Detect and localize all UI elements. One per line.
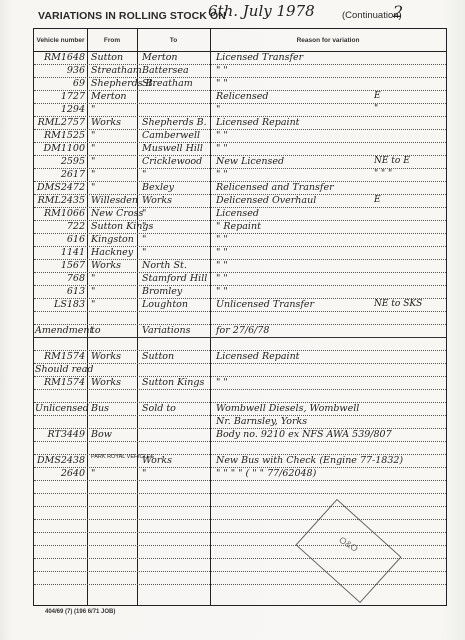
to-cell: "	[139, 233, 214, 246]
table-row: 936StreathamBattersea" "	[34, 64, 446, 78]
table-row: DMS2438PARK ROYAL VEHICLESWorksNew Bus w…	[34, 454, 446, 468]
reason-cell: " "	[212, 129, 446, 142]
from-cell: Willesden	[89, 194, 140, 207]
to-cell: "	[139, 467, 214, 480]
reason-cell	[212, 480, 446, 493]
table-row	[34, 480, 446, 494]
reason-cell: Licensed	[212, 207, 446, 220]
from-cell: Works	[89, 116, 140, 129]
table-row: LS183"LoughtonUnlicensed TransferNE to S…	[34, 298, 446, 312]
stamp-text: O&O	[337, 535, 359, 554]
table-row: 1727MertonRelicensedE	[34, 90, 446, 104]
reason-cell: Relicensed	[212, 90, 446, 103]
from-cell	[89, 571, 140, 584]
table-row: RM1574WorksSuttonLicensed Repaint	[34, 350, 446, 364]
to-cell: Works	[139, 194, 214, 207]
vehicle-number-cell: 616	[35, 233, 87, 246]
from-cell	[89, 532, 140, 545]
vehicle-number-cell: 1294	[35, 103, 87, 116]
from-cell	[89, 558, 140, 571]
table-row: 722Sutton Kings"" Repaint	[34, 220, 446, 234]
to-cell: Loughton	[139, 298, 214, 311]
table-row	[34, 441, 446, 455]
reason-cell: for 27/6/78	[212, 324, 446, 337]
from-cell: "	[89, 155, 140, 168]
to-cell: "	[139, 207, 214, 220]
reason-cell: New Bus with Check (Engine 77-1832)	[212, 454, 446, 467]
vehicle-number-cell	[35, 545, 87, 558]
reason-cell	[212, 441, 446, 454]
table-row: 616Kingston"" "	[34, 233, 446, 247]
to-cell: Bexley	[139, 181, 214, 194]
to-cell	[139, 103, 214, 116]
vehicle-number-cell: 768	[35, 272, 87, 285]
from-cell	[89, 441, 140, 454]
to-cell	[139, 519, 214, 532]
table-row: DMS2472"BexleyRelicensed and Transfer	[34, 181, 446, 195]
table-row: 1294"""	[34, 103, 446, 117]
to-cell	[139, 480, 214, 493]
vehicle-number-cell: Amendment	[35, 324, 87, 337]
vehicle-number-cell: RM1066	[35, 207, 87, 220]
vehicle-number-cell	[35, 571, 87, 584]
vehicle-number-cell	[35, 415, 87, 428]
from-cell: Streatham	[89, 64, 140, 77]
document-page: VARIATIONS IN ROLLING STOCK ON 6th. July…	[0, 0, 465, 640]
reason-cell: " " " " ( " " 77/62048)	[212, 467, 446, 480]
table-row: RM1525"Camberwell" "	[34, 129, 446, 143]
to-cell	[139, 311, 214, 324]
from-cell: "	[89, 272, 140, 285]
to-cell: Camberwell	[139, 129, 214, 142]
to-cell: Variations	[139, 324, 214, 337]
form-code: 404/69 (7) (196 6/71 JOB)	[45, 609, 115, 615]
table-row: 69Shepherds B.Streatham" "	[34, 77, 446, 91]
reason-cell: " "	[212, 64, 446, 77]
to-cell: "	[139, 246, 214, 259]
table-row: RM1066New Cross"Licensed	[34, 207, 446, 221]
table-row: 613"Bromley" "	[34, 285, 446, 299]
to-cell	[139, 337, 214, 350]
vehicle-number-cell: DMS2438	[35, 454, 87, 467]
to-cell	[139, 571, 214, 584]
from-cell	[89, 311, 140, 324]
to-cell	[139, 493, 214, 506]
to-cell: Stamford Hill	[139, 272, 214, 285]
reason-cell: " "	[212, 285, 446, 298]
vehicle-number-cell	[35, 311, 87, 324]
to-cell	[139, 389, 214, 402]
reason-cell: "	[212, 103, 446, 116]
vehicle-number-cell: 722	[35, 220, 87, 233]
from-cell: Sutton Kings	[89, 220, 140, 233]
garage-code-note: E	[374, 194, 381, 207]
reason-cell: " "	[212, 77, 446, 90]
reason-cell: Licensed Repaint	[212, 350, 446, 363]
to-cell: Sold to	[139, 402, 214, 415]
to-cell	[139, 532, 214, 545]
from-cell	[89, 545, 140, 558]
vehicle-number-cell: Should read	[35, 363, 87, 376]
from-cell: Works	[89, 259, 140, 272]
table-row: RM1648SuttonMertonLicensed Transfer	[34, 51, 446, 65]
to-cell: Bromley	[139, 285, 214, 298]
table-row: 2617""" "" " "	[34, 168, 446, 182]
vehicle-number-cell: 1141	[35, 246, 87, 259]
vehicle-number-cell: 936	[35, 64, 87, 77]
vehicle-number-cell: Unlicensed	[35, 402, 87, 415]
variations-table: Vehicle number From To Reason for variat…	[33, 28, 447, 606]
from-cell: "	[89, 285, 140, 298]
table-row: RT3449BowBody no. 9210 ex NFS AWA 539/80…	[34, 428, 446, 442]
from-cell: Works	[89, 376, 140, 389]
garage-code-note: E	[374, 90, 381, 103]
to-cell: Streatham	[139, 77, 214, 90]
table-row	[34, 506, 446, 520]
header-vehicle-number: Vehicle number	[34, 29, 87, 51]
reason-cell: " "	[212, 142, 446, 155]
from-cell	[89, 337, 140, 350]
table-row: 2640""" " " " ( " " 77/62048)	[34, 467, 446, 481]
vehicle-number-cell: DM1100	[35, 142, 87, 155]
reason-cell: Wombwell Diesels, Wombwell	[212, 402, 446, 415]
vehicle-number-cell: 2617	[35, 168, 87, 181]
to-cell: "	[139, 168, 214, 181]
vehicle-number-cell	[35, 480, 87, 493]
to-cell	[139, 506, 214, 519]
vehicle-number-cell	[35, 532, 87, 545]
reason-cell	[212, 311, 446, 324]
reason-cell: Nr. Barnsley, Yorks	[212, 415, 446, 428]
table-row	[34, 389, 446, 403]
vehicle-number-cell: LS183	[35, 298, 87, 311]
page-number: 2	[393, 2, 403, 21]
table-row	[34, 493, 446, 507]
vehicle-number-cell	[35, 558, 87, 571]
vehicle-number-cell: 2595	[35, 155, 87, 168]
from-cell: Merton	[89, 90, 140, 103]
to-cell: Shepherds B.	[139, 116, 214, 129]
to-cell: Merton	[139, 51, 214, 64]
vehicle-number-cell: 2640	[35, 467, 87, 480]
to-cell: Muswell Hill	[139, 142, 214, 155]
table-row	[34, 311, 446, 325]
reason-cell: " "	[212, 233, 446, 246]
vehicle-number-cell: 1727	[35, 90, 87, 103]
vehicle-number-cell: RT3449	[35, 428, 87, 441]
vehicle-number-cell	[35, 506, 87, 519]
handwritten-date: 6th. July 1978	[208, 2, 315, 20]
to-cell	[139, 90, 214, 103]
table-row: 1141Hackney"" "	[34, 246, 446, 260]
vehicle-number-cell: RM1648	[35, 51, 87, 64]
table-row: AmendmenttoVariationsfor 27/6/78	[34, 324, 446, 338]
to-cell: Battersea	[139, 64, 214, 77]
garage-code-note: "	[374, 103, 378, 116]
from-cell: Works	[89, 350, 140, 363]
to-cell	[139, 545, 214, 558]
to-cell	[139, 441, 214, 454]
from-cell: Bus	[89, 402, 140, 415]
from-cell: Shepherds B.	[89, 77, 140, 90]
from-cell	[89, 519, 140, 532]
to-cell	[139, 558, 214, 571]
vehicle-number-cell	[35, 493, 87, 506]
vehicle-number-cell: RML2435	[35, 194, 87, 207]
vehicle-number-cell: 1567	[35, 259, 87, 272]
vehicle-number-cell	[35, 441, 87, 454]
table-row: RML2435WillesdenWorksDelicensed Overhaul…	[34, 194, 446, 208]
header-from: From	[87, 29, 137, 51]
from-cell: "	[89, 103, 140, 116]
vehicle-number-cell	[35, 337, 87, 350]
reason-cell: Delicensed Overhaul	[212, 194, 446, 207]
table-row: UnlicensedBusSold toWombwell Diesels, Wo…	[34, 402, 446, 416]
to-cell: Sutton	[139, 350, 214, 363]
vehicle-number-cell: RM1574	[35, 350, 87, 363]
reason-cell: " "	[212, 246, 446, 259]
reason-cell	[212, 337, 446, 350]
to-cell	[139, 363, 214, 376]
vehicle-number-cell: RM1525	[35, 129, 87, 142]
header-to: To	[137, 29, 210, 51]
from-cell	[89, 506, 140, 519]
table-row: DM1100"Muswell Hill" "	[34, 142, 446, 156]
from-cell	[89, 493, 140, 506]
from-cell: Bow	[89, 428, 140, 441]
vehicle-number-cell: RM1574	[35, 376, 87, 389]
reason-cell: Licensed Repaint	[212, 116, 446, 129]
from-cell: "	[89, 298, 140, 311]
vehicle-number-cell: RML2757	[35, 116, 87, 129]
table-row: RM1574WorksSutton Kings" "	[34, 376, 446, 390]
from-cell	[89, 363, 140, 376]
from-cell: "	[89, 467, 140, 480]
reason-cell	[212, 493, 446, 506]
reason-cell: New Licensed	[212, 155, 446, 168]
reason-cell: " "	[212, 168, 446, 181]
to-cell: Sutton Kings	[139, 376, 214, 389]
reason-cell: Body no. 9210 ex NFS AWA 539/807	[212, 428, 446, 441]
to-cell: Works	[139, 454, 214, 467]
from-cell	[89, 389, 140, 402]
table-row: 1567WorksNorth St." "	[34, 259, 446, 273]
reason-cell: " "	[212, 259, 446, 272]
from-cell	[89, 415, 140, 428]
table-row: Should read	[34, 363, 446, 377]
table-row	[34, 519, 446, 533]
from-cell: Hackney	[89, 246, 140, 259]
reason-cell: Relicensed and Transfer	[212, 181, 446, 194]
from-cell: PARK ROYAL VEHICLES	[89, 454, 140, 467]
table-header: Vehicle number From To Reason for variat…	[34, 29, 446, 52]
garage-code-note: NE to E	[374, 155, 410, 168]
reason-cell: Licensed Transfer	[212, 51, 446, 64]
to-cell	[139, 428, 214, 441]
reason-cell	[212, 389, 446, 402]
reason-cell: " "	[212, 376, 446, 389]
to-cell: "	[139, 220, 214, 233]
from-cell: "	[89, 181, 140, 194]
from-cell: Kingston	[89, 233, 140, 246]
from-cell: "	[89, 168, 140, 181]
reason-cell: " "	[212, 272, 446, 285]
from-cell: "	[89, 129, 140, 142]
from-cell: "	[89, 142, 140, 155]
garage-code-note: NE to SKS	[374, 298, 422, 311]
to-cell	[139, 415, 214, 428]
from-cell: Sutton	[89, 51, 140, 64]
vehicle-number-cell: 69	[35, 77, 87, 90]
vehicle-number-cell	[35, 389, 87, 402]
garage-code-note: " " "	[374, 168, 392, 181]
vehicle-number-cell: DMS2472	[35, 181, 87, 194]
from-cell	[89, 480, 140, 493]
from-cell: to	[89, 324, 140, 337]
table-row: Nr. Barnsley, Yorks	[34, 415, 446, 429]
form-title: VARIATIONS IN ROLLING STOCK ON	[38, 10, 226, 22]
table-row: RML2757WorksShepherds B.Licensed Repaint	[34, 116, 446, 130]
to-cell: Cricklewood	[139, 155, 214, 168]
to-cell: North St.	[139, 259, 214, 272]
reason-cell: " Repaint	[212, 220, 446, 233]
table-row: 2595"CricklewoodNew LicensedNE to E	[34, 155, 446, 169]
vehicle-number-cell	[35, 519, 87, 532]
table-row: 768"Stamford Hill" "	[34, 272, 446, 286]
from-cell: New Cross	[89, 207, 140, 220]
reason-cell	[212, 363, 446, 376]
table-row	[34, 337, 446, 351]
vehicle-number-cell: 613	[35, 285, 87, 298]
header-reason: Reason for variation	[210, 29, 446, 51]
